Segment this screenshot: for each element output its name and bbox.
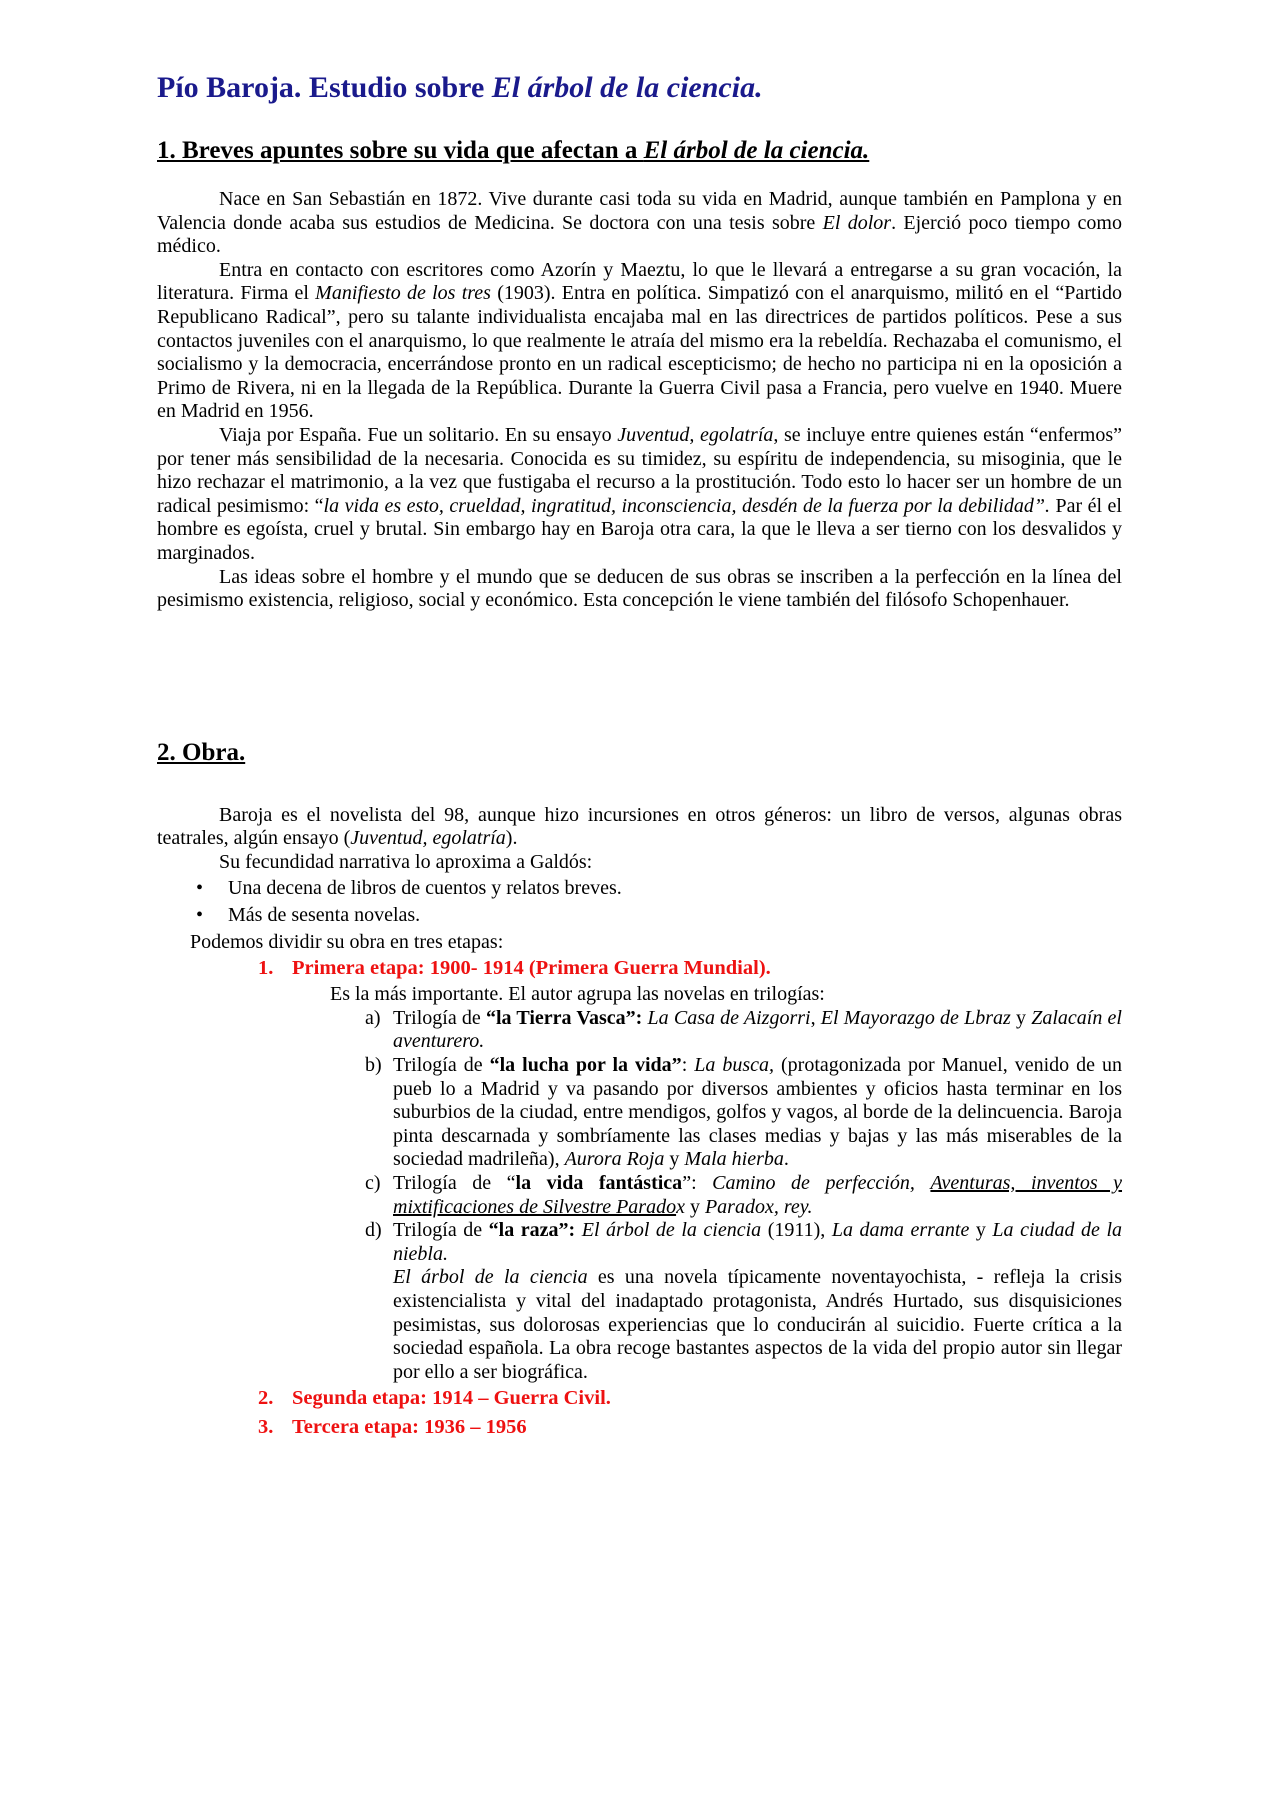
section-2-heading: 2. Obra. (157, 737, 1122, 768)
trilogia-item-c: c)Trilogía de “la vida fantástica”: Cami… (365, 1172, 1122, 1219)
paragraph-etapa1-note: Es la más importante. El autor agrupa la… (330, 983, 1122, 1007)
trilogia-text: Trilogía de “la raza”: El árbol de la ci… (393, 1219, 1122, 1265)
letter-marker: a) (365, 1007, 393, 1031)
paragraph-obra-2: Su fecundidad narrativa lo aproxima a Ga… (157, 851, 1122, 875)
letter-marker: b) (365, 1054, 393, 1078)
section-1-heading: 1. Breves apuntes sobre su vida que afec… (157, 135, 1122, 166)
etapa-text: Tercera etapa: 1936 – 1956 (292, 1416, 527, 1438)
bullet-item-2: •Más de sesenta novelas. (196, 904, 1122, 928)
etapa-number: 1. (258, 954, 292, 983)
etapa-number: 2. (258, 1384, 292, 1413)
paragraph-bio-4: Las ideas sobre el hombre y el mundo que… (157, 566, 1122, 613)
document-page: Pío Baroja. Estudio sobre El árbol de la… (0, 0, 1280, 1810)
etapa-item-1: 1.Primera etapa: 1900- 1914 (Primera Gue… (258, 954, 1122, 983)
etapa-text: Primera etapa: 1900- 1914 (Primera Guerr… (292, 957, 771, 979)
etapa-number: 3. (258, 1413, 292, 1442)
paragraph-bio-2: Entra en contacto con escritores como Az… (157, 259, 1122, 424)
bullet-icon: • (196, 877, 228, 901)
bullet-text: Más de sesenta novelas. (228, 904, 420, 926)
etapa-item-2: 2.Segunda etapa: 1914 – Guerra Civil. (258, 1384, 1122, 1413)
bullet-icon: • (196, 904, 228, 928)
letter-marker: c) (365, 1172, 393, 1196)
trilogia-text: Trilogía de “la Tierra Vasca”: La Casa d… (393, 1007, 1122, 1053)
paragraph-bio-1: Nace en San Sebastián en 1872. Vive dura… (157, 188, 1122, 259)
doc-title: Pío Baroja. Estudio sobre El árbol de la… (157, 70, 1122, 106)
paragraph-etapas-intro: Podemos dividir su obra en tres etapas: (157, 931, 1122, 955)
trilogia-item-a: a)Trilogía de “la Tierra Vasca”: La Casa… (365, 1007, 1122, 1054)
bullet-text: Una decena de libros de cuentos y relato… (228, 877, 622, 899)
letter-marker: d) (365, 1219, 393, 1243)
paragraph-obra-1: Baroja es el novelista del 98, aunque hi… (157, 804, 1122, 851)
trilogia-text: Trilogía de “la lucha por la vida”: La b… (393, 1054, 1122, 1170)
bullet-item-1: •Una decena de libros de cuentos y relat… (196, 877, 1122, 901)
paragraph-bio-3: Viaja por España. Fue un solitario. En s… (157, 424, 1122, 566)
trilogia-text: Trilogía de “la vida fantástica”: Camino… (393, 1172, 1122, 1218)
trilogia-item-b: b)Trilogía de “la lucha por la vida”: La… (365, 1054, 1122, 1172)
paragraph-arbol-ciencia: El árbol de la ciencia es una novela típ… (393, 1266, 1122, 1384)
trilogia-item-d: d)Trilogía de “la raza”: El árbol de la … (365, 1219, 1122, 1266)
etapa-item-3: 3.Tercera etapa: 1936 – 1956 (258, 1413, 1122, 1442)
etapa-text: Segunda etapa: 1914 – Guerra Civil. (292, 1387, 611, 1409)
